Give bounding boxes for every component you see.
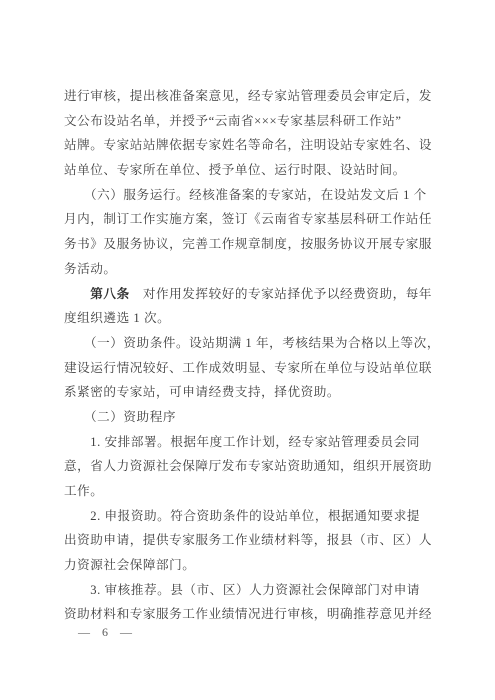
text-line: 3. 审核推荐。县（市、区）人力资源社会保障部门对申请: [64, 578, 438, 603]
text-line: 工作。: [64, 479, 438, 504]
text-line: 站牌。专家站站牌依据专家姓名等命名，注明设站专家姓名、设: [64, 133, 438, 158]
text-line: 务活动。: [64, 257, 438, 282]
text-line: （六）服务运行。经核准备案的专家站，在设站发文后 1 个: [64, 183, 438, 208]
text-line: 2. 申报资助。符合资助条件的设站单位，根据通知要求提: [64, 504, 438, 529]
page-number: — 6 —: [78, 622, 134, 642]
text-line: 进行审核，提出核准备案意见，经专家站管理委员会审定后，发: [64, 84, 438, 109]
text-line: 务书》及服务协议，完善工作规章制度，按服务协议开展专家服: [64, 232, 438, 257]
text-line: 建设运行情况较好、工作成效明显、专家所在单位与设站单位联: [64, 356, 438, 381]
text-line: （二）资助程序: [64, 405, 438, 430]
article-heading: 第八条: [64, 287, 130, 301]
text-line: 意，省人力资源社会保障厅发布专家站资助通知，组织开展资助: [64, 454, 438, 479]
text-line: 文公布设站名单，并授予“云南省×××专家基层科研工作站”: [64, 109, 438, 134]
text-line: 第八条 对作用发挥较好的专家站择优予以经费资助，每年: [64, 282, 438, 307]
text-line: 月内，制订工作实施方案，签订《云南省专家基层科研工作站任: [64, 207, 438, 232]
document-page: 进行审核，提出核准备案意见，经专家站管理委员会审定后，发 文公布设站名单，并授予…: [0, 0, 495, 700]
text-line: 度组织遴选 1 次。: [64, 306, 438, 331]
text-line: 力资源社会保障部门。: [64, 553, 438, 578]
text-line: 对作用发挥较好的专家站择优予以经费资助，每年: [130, 287, 432, 301]
text-line: 1. 安排部署。根据年度工作计划，经专家站管理委员会同: [64, 430, 438, 455]
text-line: 系紧密的专家站，可申请经费支持，择优资助。: [64, 380, 438, 405]
text-line: （一）资助条件。设站期满 1 年，考核结果为合格以上等次，: [64, 331, 438, 356]
document-body: 进行审核，提出核准备案意见，经专家站管理委员会审定后，发 文公布设站名单，并授予…: [64, 84, 438, 627]
text-line: 出资助申请，提供专家服务工作业绩材料等，报县（市、区）人: [64, 528, 438, 553]
text-line: 站单位、专家所在单位、授予单位、运行时限、设站时间。: [64, 158, 438, 183]
